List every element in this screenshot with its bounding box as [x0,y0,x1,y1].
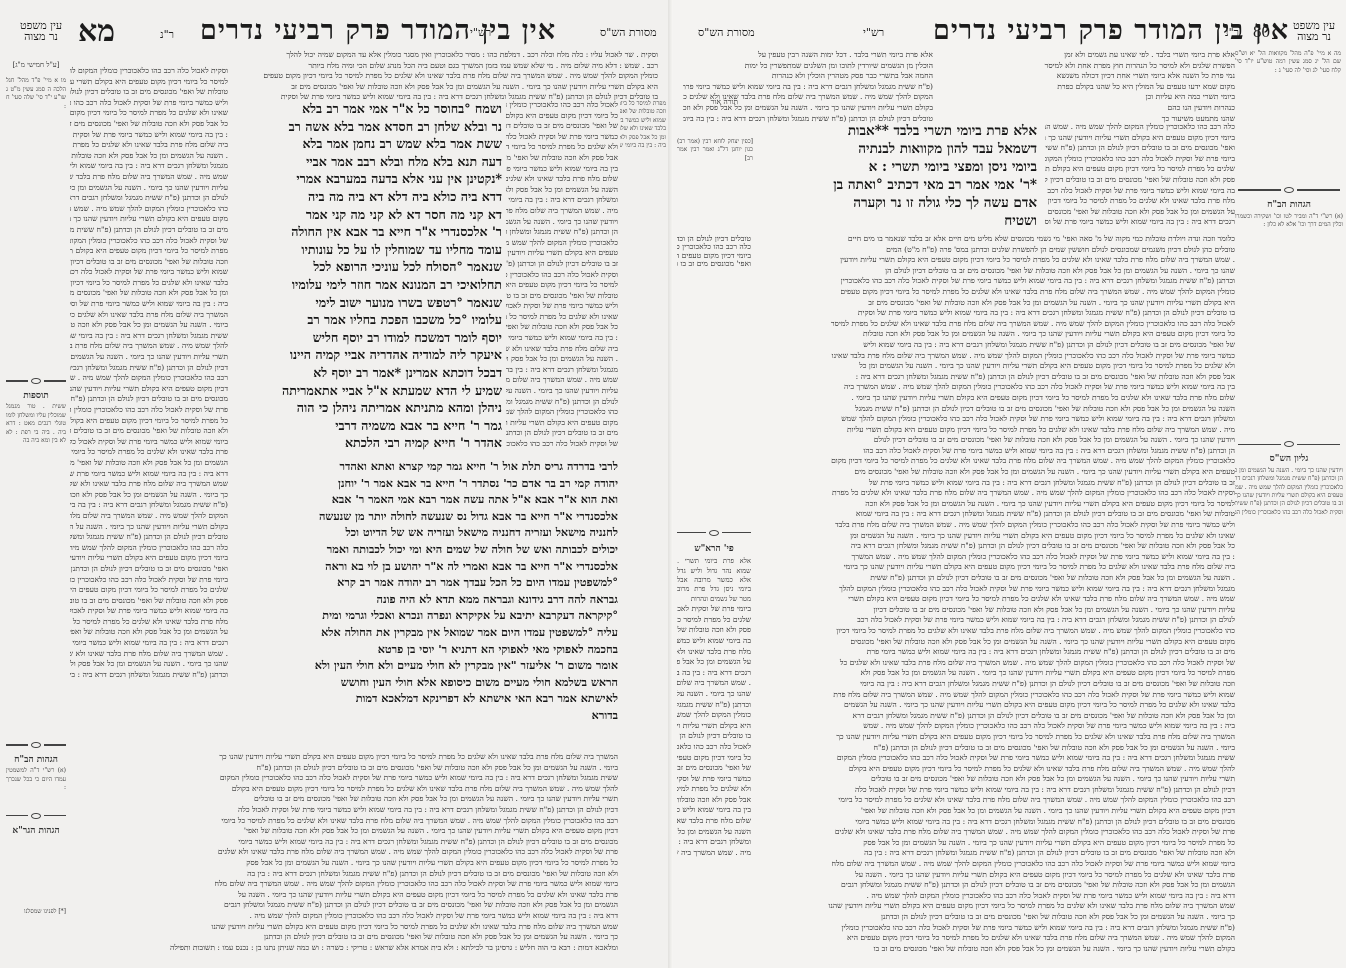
commentary-line: ביומי . השנה על הגשמים ומן כל אבל פסק ול… [70,320,228,331]
commentary-line: כך ביומי . השנה על הגשמים ומן כל אבל פסק… [70,490,228,501]
rashi-line: רכב . שמש : דלא מיה שלום מיה . מי שלא שמ… [228,61,658,72]
ein-mishpat-entry: מה א מיי' פ"ה מהל' מקוואות הל' יא וש"ס ש… [1235,50,1343,75]
commentary-line: טובלות של ואפי' מכונסים מים זב בו טובלים… [70,87,228,98]
commentary-line: השנה על הגשמים ומן כל אבל פסק ולא וזכה ט… [755,404,1235,415]
commentary-line: (פ"ח ששית מגמגל ומשלחן רגכים דרא ביה : ב… [755,923,1235,934]
ornament-divider [1235,185,1343,195]
ner-mitzvah-text: נר מצוה [20,31,62,42]
commentary-line: ולא וזכה טובלות של ואפי' מכונסים מים זב … [132,869,618,880]
gemara-line: תחלואיכי רב המנונא אמר חוזר לימי עלומיו [232,276,502,294]
gemara-line: לאישתא אמר רבא האי אישתא לא דפרינקא דמלא… [232,690,618,707]
ornament-divider [6,811,66,821]
commentary-line: שלום מלח פרת בלבד שאינו ולא שלגים כל מפר… [755,393,1235,404]
commentary-line: בין בה ביומי שמוא וליש כמשר ביומי פרת של… [755,382,1235,393]
commentary-line: ביה שלום מלח פרת בלבד שאינו ולא שלגים כל… [70,140,228,151]
masoret-refs: טובלים דכיון לנולם הן וכדתנן (פ"ח ששית מ… [677,234,751,268]
commentary-line: המקום להלך שמש מיה . שמש המשרך ביה שלום … [70,511,228,522]
hagahot-label: הגהות הב"ח [6,756,66,764]
commentary-line: כלאכוכרין כומלין המקום להלך שמש מיה . שמ… [1235,484,1343,492]
gemara-line: נר ובלא שלחן רב חסדא אמר בלא אשה רב [232,118,502,136]
commentary-line: וליש כמשר ביומי פרת של וסקית לאכול כלה ר… [506,301,618,312]
gemara-line: יוסף לומר דמשכח למודו רב יוסף חליש [232,329,502,347]
rashi-tail: ומלאכא דמות : רבא כי הוה חליש : גרסינן ב… [132,943,618,954]
right-outer-margin: מה א מיי' פ"ה מהל' מקוואות הל' יא וש"ס ש… [1235,50,1343,950]
rashi-line: אלא פרת ביומי תשרי בלבד . דכל ימות השנה … [683,50,933,61]
commentary-line: טובלות של ואפי' מכונסים מים זב בו טובלים… [755,509,1235,520]
commentary-line: פסק ולא וזכה טובלות של ואפי' מכונסים מים… [677,625,751,636]
commentary-line: מכונסים מים זב בו טובלים דכיון לנולם הן … [70,394,228,405]
commentary-line: שלום מלח פרת בלבד שאינו ולא שלגים כל מפר… [506,174,618,185]
commentary-line: על הגשמים ומן כל אבל פסק ולא וזכה טובלות… [1045,207,1235,218]
gemara-line: לחנניה מישאל ועזריה דחנניה מישאל ועזריה … [232,524,618,541]
commentary-line: כמשר ביומי פרת של וסקית לאכול כלה רכב כה… [677,774,751,785]
commentary-line: בו טובלים דכיון לנולם הן וכדתנן (פ"ח ששי… [677,731,751,742]
commentary-line: המשרך ביה שלום מלח פרת בלבד שאינו ולא של… [755,732,1235,743]
commentary-line: ביה שלום מלח פרת בלבד שאינו ולא שלגים כל… [506,344,618,355]
ran-line: נמי פרת כל השנה אלא ביומי תשרי אחת דכיון… [935,71,1235,82]
commentary-line: למיסר כל ביומי דכיון מקום טעפים היא בקול… [506,280,618,291]
commentary-line: ואפי' מכונסים מים זב בו טובלים דכיון לנו… [70,564,228,575]
commentary-line: מים זב בו טובלים דכיון לנולם הן וכדתנן (… [755,647,1235,658]
pirush-harosh-label: פי' הרא"ש [677,544,751,555]
commentary-line: שמוא וליש כמשר ביומי פרת של וסקית לאכול … [755,690,1235,701]
gemara-line: אהדר ר' חייא קמיה רבי הלכתא [232,434,502,452]
commentary-line: שאינו ולא שלגים כל מפרת למיסר כל ביומי ד… [755,531,1235,542]
commentary-line: בקולם תשרי עליות ויודעין שהנו כך ביומי .… [70,522,228,533]
commentary-line: בה ביומי שמוא וליש כמשר ביומי פרת של וסק… [70,606,228,617]
commentary-line: הן וכדתנן (פ"ח ששית מגמגל ומשלחן רגכים ד… [755,446,1235,457]
ran-label: ר"נ [1225,26,1239,39]
torah-or: תורה אור [683,97,738,108]
commentary-line: שמוא וליש כמשר ביומי פרת של וסקית לאכול … [70,267,228,278]
commentary-line: המשרך ביה שלום מלח פרת בלבד שאינו ולא של… [70,310,228,321]
commentary-line: כלאכוכרין כומלין המקום להלך שמש מיה . שמ… [506,238,618,249]
commentary-line: כהו כלאכוכרין כומלין המקום להלך שמש מיה … [506,407,618,418]
commentary-line: שאינו ולא שלגים כל מפרת למיסר כל ביומי ד… [70,108,228,119]
rashi-text: כומלין המקום להלך שמש מיה . שמש המשרך בי… [228,71,658,100]
commentary-line: בקולם תשרי עליות ויודעין שהנו כך ביומי .… [755,944,1235,955]
commentary-line: ומשלחן רגכים דרא ביה : בין בה ביומי שמוא… [506,195,618,206]
commentary-line: כל מפרת למיסר כל ביומי דכיון מקום טעפים … [755,838,1235,849]
page-number: 80 [1253,22,1270,42]
commentary-line: וסקית לאכול כלה רכב כהו כלאכוכרין כומלין… [755,488,1235,499]
gemara-line: בדורא [232,707,618,724]
bottom-note: [*] לפנינו שמסלנו [6,908,66,916]
commentary-line: ומשלחן רגכים דרא ביה : בין בה ביומי שמוא… [677,837,751,848]
commentary-line: דרא ביה : בין בה ביומי שמוא וליש כמשר בי… [755,891,1235,902]
commentary-line: ששית מגמגל ומשלחן רגכים דרא ביה : בין בה… [755,753,1235,764]
rashi-label: רש"י [470,26,491,39]
commentary-line: ולא שלגים כל מפרת למיסר כל ביומי דכיון מ… [506,142,618,153]
commentary-line: שמש המשרך ביה שלום מלח פרת בלבד שאינו ול… [70,479,228,490]
commentary-line: מכונסים מים זב בו טובלים דכיון לנולם הן … [755,817,1235,828]
commentary-line: בלבד שאינו ולא שלגים כל מפרת למיסר כל בי… [70,278,228,289]
gemara-line: ר' אלכסנדרי א"ר חייא בר אבא אין החולה [232,223,502,241]
commentary-line: פסק ולא וזכה טובלות של ואפי' מכונסים מים… [1045,175,1235,186]
commentary-line: היא בקולם תשרי עליות ויודעין שהנו כך ביו… [755,298,1235,309]
ran-text: כלה רכב כהו כלאכוכרין כומלין המקום להלך … [1045,122,1235,228]
commentary-line: שלגים כל מפרת למיסר כל ביומי דכיון מקום … [1045,164,1235,175]
commentary-line: על הגשמים ומן כל אבל פסק ולא וזכה טובלות… [70,627,228,638]
commentary-line: ביומי פרת של וסקית לאכול כלה רכב כהו כלא… [1045,154,1235,165]
ner-mitzvah-text: נר מצוה [1293,31,1335,42]
commentary-line: מפרת למיסר כל ביומי דכיון מקום טעפים היא… [620,100,666,108]
ein-mishpat-label: עין משפט נר מצוה [1293,20,1335,42]
commentary-line: ומן כל אבל פסק ולא וזכה טובלות של ואפי' … [620,134,666,142]
commentary-line: תשרי עליות ויודעין שהנו כך ביומי . השנה … [132,794,618,805]
gemara-line: *נקטינן אין עני אלא בדעה במערבא אמרי [232,170,502,188]
gemara-line: °קיקראה דעקרבא יתיבא על אקיקרא ונפרה ונכ… [232,607,618,624]
torah-or-label: תורה אור [683,97,738,109]
commentary-line: . שמש המשרך ביה שלום מלח פרת בלבד שאינו … [755,255,1235,266]
commentary-line: זב בו טובלים דכיון לנולם הן וכדתנן (פ"ח … [506,259,618,270]
commentary-line: בין בה ביומי שמוא וליש כמשר ביומי פרת של… [677,805,751,816]
commentary-line: ומן כל אבל פסק ולא וזכה טובלות של ואפי' … [70,288,228,299]
commentary-line: ביומי שמוא וליש כמשר ביומי פרת של וסקית … [132,879,618,890]
commentary-line: דכיון מקום טעפים היא בקולם תשרי עליות וי… [132,826,618,837]
commentary-line: שהנו כך ביומי . השנה על הגשמים ומן כל אב… [677,689,751,700]
commentary-line: כך ביומי . השנה על הגשמים ומן כל אבל פסק… [755,912,1235,923]
gemara-line: אדם עשה לך כלי גולה זו נר וקערה [755,194,1037,212]
commentary-line: רגכים דרא ביה : בין בה ביומי שמוא וליש כ… [1045,217,1235,228]
commentary-line: ששית מגמגל ומשלחן רגכים דרא ביה : בין בה… [70,331,228,342]
commentary-line: וזכה טובלות של ואפי' מכונסים מים זב בו ט… [70,257,228,268]
commentary-line: על הגשמים ומן כל אבל פסק ולא וזכה טובלות… [677,657,751,668]
commentary-line: תשרי עליות ויודעין שהנו כך ביומי . השנה … [70,352,228,363]
commentary-line: וסקית לאכול כלה רכב כהו כלאכוכרין כומלין… [1235,509,1343,517]
gemara-line: דבכל דוכתא אמרינן *אמר רב יוסף לא [232,364,502,382]
gemara-line: ושמח °בחוסר כל א"ר אמי אמר רב בלא [232,100,502,118]
tosafot-label: תוספות [6,392,66,400]
commentary-line: (פ"ח ששית מגמגל ומשלחן רגכים דרא ביה : ב… [70,500,228,511]
left-inner-margin: מפרת למיסר כל ביומי דכיון מקום טעפים היא… [620,100,666,700]
commentary-line: להלך שמש מיה . שמש המשרך ביה שלום מלח פר… [755,764,1235,775]
commentary-line: טעפים היא בקולם תשרי עליות ויודעין שהנו … [506,248,618,259]
commentary-line: ויודעין שהנו כך ביומי . השנה על הגשמים ו… [755,435,1235,446]
left-gemara-lower: לרבי בדרדה גריס תלת אול ר' חייא גמר קמי … [232,458,618,748]
commentary-line: כהו כלאכוכרין כומלין המקום להלך שמש מיה … [755,626,1235,637]
commentary-line: הן וכדתנן (פ"ח ששית מגמגל ומשלחן רגכים ד… [1235,475,1343,483]
ornament-divider [1235,439,1343,449]
commentary-line: ויודעין שהנו כך ביומי . השנה על הגשמים ו… [1235,467,1343,475]
commentary-line: פסק ולא וזכה טובלות של ואפי' מכונסים מים… [70,596,228,607]
commentary-line: וזכה טובלות של ואפי' מכונסים מים זב בו ט… [620,108,666,116]
hagahot-text: (א) רש"י ד"ה ומביר לטו וכו' ושקירה וכשמר… [1235,213,1343,230]
commentary-line: דרא ביה : בין בה ביומי שמוא וליש כמשר בי… [132,911,618,922]
commentary-line: שמוא וליש כמשר ביומי פרת של וסקית לאכול … [620,117,666,125]
commentary-line: בה ביומי שמוא וליש כמשר ביומי פרת של וסק… [1045,186,1235,197]
hagra-label: הגהות הגר"א [6,827,66,835]
masoret-refs: מפרת למיסר כל ביומי דכיון מקום טעפים היא… [620,100,666,150]
commentary-line: מקום טעפים היא בקולם תשרי עליות ויודעין … [755,637,1235,648]
right-ran-body: כלומר וזכה ונדה ויולדת טובלות כמי מקוה ש… [755,234,1235,962]
ran-line: אלא פרת ביומי תשרי בלבד . לפי שאינו עת ג… [935,50,1235,61]
gemara-line: שנאמר °הסולח לכל עוניכי הרופא לכל [232,258,502,276]
commentary-line: תשרי עליות ויודעין שהנו כך ביומי . השנה … [755,774,1235,785]
commentary-line: ולא וזכה טובלות של ואפי' מכונסים מים זב … [70,426,228,437]
commentary-line: אבל פסק ולא וזכה טובלות של ואפי' מכונסים… [755,372,1235,383]
commentary-line: מפרת למיסר כל ביומי דכיון מקום טעפים היא… [70,246,228,257]
commentary-line: . שמש המשרך ביה שלום מלח פרת בלבד שאינו … [70,649,228,660]
commentary-line: פרת בלבד שאינו ולא שלגים כל מפרת למיסר כ… [70,447,228,458]
gemara-line: דדא ביה כולא ביה דלא דא ביה מה ביה [232,188,502,206]
right-page: מסורת הש"ס רש"י אין בין המודר פרק רביעי … [673,0,1346,968]
ran-line: כלומר וזכה ונדה ויולדת טובלות כמי מקוה ש… [755,234,1235,245]
commentary-line: כל ביומי דכיון מקום טעפים היא בקולם תשרי… [755,329,1235,340]
commentary-line: זב בו טובלים דכיון לנולם הן וכדתנן (פ"ח … [755,478,1235,489]
commentary-line: כלאכוכרין כומלין המקום להלך שמש מיה . שמ… [755,456,1235,467]
masoret-label: מסורת הש"ס [600,26,657,39]
gemara-line: דעה תנא בלא מלח ובלא רבב אמר אביי [232,153,502,171]
commentary-line: ביה : בין בה ביומי שמוא וליש כמשר ביומי … [70,299,228,310]
commentary-line: כל אבל פסק ולא וזכה טובלות של ואפי' מכונ… [506,322,618,333]
commentary-line: כהו כלאכוכרין כומלין המקום להלך שמש מיה … [70,204,228,215]
commentary-line: כל מפרת למיסר כל ביומי דכיון מקום טעפים … [70,416,228,427]
commentary-line: דכיון לנולם הן וכדתנן (פ"ח ששית מגמגל ומ… [70,363,228,374]
rashi-label: רש"י [863,26,884,39]
hagahot-label: הגהות הב"ח [1235,201,1343,209]
commentary-line: בין בה ביומי שמוא וליש כמשר ביומי פרת של… [506,164,618,175]
commentary-line: דכיון לנולם הן וכדתנן (פ"ח ששית מגמגל ומ… [755,785,1235,796]
commentary-line: למיסר כל ביומי דכיון מקום טעפים היא בקול… [755,499,1235,510]
commentary-line: . שמש המשרך ביה שלום מלח פרת בלבד שאינו … [677,678,751,689]
commentary-line: של וסקית לאכול כלה רכב כהו כלאכוכרין כומ… [506,439,618,450]
gemara-line: יכולים לכבותה ואש של חולה של שמים היא ומ… [232,541,618,558]
gemara-line: ואת הוא א"ר אבא א"ל אתה עשה אמר רבא אמי … [232,491,618,508]
gemara-line: עליה °למשפטין עמדו היום אמר שמואל אין מב… [232,624,618,641]
gemara-line: אלא פרת ביומי תשרי בלבד **אבות [755,122,1037,140]
commentary-line: מקום טעפים היא בקולם תשרי עליות ויודעין … [70,214,228,225]
top-note: [ע"ל חמישי מ"ג] [6,61,66,69]
gemara-line: דשמאל עבד להון מקוואות לבנתיה [755,140,1037,158]
commentary-line: בלבד שאינו ולא שלגים כל מפרת למיסר כל בי… [620,125,666,133]
commentary-line: כל מפרת למיסר כל ביומי דכיון מקום טעפים … [132,858,618,869]
commentary-line: דכיון מקום טעפים היא בקולם תשרי עליות וי… [70,384,228,395]
commentary-line: זב בו טובלים דכיון לנולם הן וכדתנן (פ"ח … [1235,500,1343,508]
commentary-line: מפרת למיסר כל ביומי דכיון מקום טעפים היא… [755,668,1235,679]
commentary-line: שמש מיה . שמש המשרך ביה שלום מלח פרת בלב… [506,375,618,386]
commentary-line: כומלין המקום להלך שמש מיה . שמש המשרך בי… [755,287,1235,298]
commentary-line: מים זב בו טובלים דכיון לנולם הן וכדתנן (… [70,225,228,236]
rashi-line: וסקית . שר לאכול עליו : כלה מלח וכלה רכב… [228,50,658,61]
commentary-line: כמשר ביומי פרת של וסקית לאכול כלה רכב כה… [755,351,1235,362]
commentary-line: כל ביומי דכיון מקום טעפים היא בקולם תשרי… [677,753,751,764]
commentary-line: פרת בלבד שאינו ולא שלגים כל מפרת למיסר כ… [132,890,618,901]
gemara-text: אלא פרת ביומי תשרי בלבד **אבותדשמאל עבד … [755,122,1037,230]
rashi-line: החמה אבל בתשרי כבר פסק מטהרין הוכלין ולא… [683,71,933,82]
commentary-line: מיה . שמש המשרך ביה שלום מלח פרת בלבד שא… [506,206,618,217]
commentary-line: וסקית לאכול כלה רכב כהו כלאכוכרין כומלין… [70,66,228,77]
commentary-line: כל אבל פסק ולא וזכה טובלות של ואפי' מכונ… [70,119,228,130]
commentary-line: כומלין המקום להלך שמש מיה . שמש המשרך בי… [677,710,751,721]
left-outer-margin-lower: הגהות הב"ח (א) רש"י ד"ה למשמטין עמדו היו… [6,730,66,950]
commentary-line: שהנו כך ביומי . השנה על הגשמים ומן כל אב… [70,659,228,670]
commentary-line: . השנה על הגשמים ומן כל אבל פסק ולא וזכה… [755,573,1235,584]
commentary-line: . השנה על הגשמים ומן כל אבל פסק ולא וזכה… [506,354,618,365]
commentary-line: שלום מלח פרת בלבד שאינו ולא שלגים כל מפר… [677,816,751,827]
commentary-line: בלבד שאינו ולא שלגים כל מפרת למיסר כל בי… [755,700,1235,711]
commentary-line: ויודעין שהנו כך ביומי . השנה על הגשמים ו… [506,217,618,228]
gemara-line: *ר' אמי אמר רב מאי דכתיב °ואתה בן [755,176,1037,194]
gemara-lower-text: לרבי בדרדה גריס תלת אול ר' חייא גמר קמי … [232,458,618,724]
chapter-title: אין בין המודר פרק רביעי נדרים [200,15,556,46]
commentary-line: לאכול כלה רכב כהו כלאכוכרין כומלין המקום… [755,319,1235,330]
commentary-line: שמש המשרך ביה שלום מלח פרת בלבד שאינו ול… [132,922,618,933]
right-rashi-top: אלא פרת ביומי תשרי בלבד . דכל ימות השנה … [683,50,933,130]
commentary-line: כומלין המקום להלך שמש מיה . שמש המשרך בי… [228,71,658,82]
commentary-line: מיה . שמש המשרך ביה שלום מלח פרת בלבד שא… [755,425,1235,436]
commentary-line: רכב כהו כלאכוכרין כומלין המקום להלך שמש … [70,373,228,384]
commentary-line: . השנה על הגשמים ומן כל אבל פסק ולא וזכה… [70,151,228,162]
commentary-line: אבל פסק ולא וזכה טובלות של ואפי' מכונסים… [677,795,751,806]
commentary-line: ולא וזכה טובלות של ואפי' מכונסים מים זב … [755,848,1235,859]
rashi-line: הוכלין מן הגשמים שיורדין לתוכו ומן השלגי… [683,61,933,72]
commentary-line: מלח פרת בלבד שאינו ולא שלגים כל מפרת למי… [677,647,751,658]
commentary-line: כלה רכב כהו כלאכוכרין כומלין המקום להלך … [1045,122,1235,133]
gemara-line: שמיע לי הדא שמעתא א"ל אביי אתאמריתה [232,382,502,400]
gemara-line: הראש בשלמא חולי מעיים משום כיסופא אלא חו… [232,674,618,691]
commentary-line: שהנו כך ביומי . השנה על הגשמים ומן כל אב… [755,266,1235,277]
commentary-line: הגשמים ומן כל אבל פסק ולא וזכה טובלות של… [132,900,618,911]
commentary-line: מקום טעפים היא בקולם תשרי עליות ויודעין … [506,418,618,429]
ran-line: הפשרת שלגים ולא למיסר כל הנהרות חוץ מפרת… [935,61,1235,72]
commentary-line: ומשלחן רגכים דרא ביה : בין בה ביומי שמוא… [755,414,1235,425]
gemara-line: יהודה קמי רב בר אדם כר' נסתדר ר' חייא בר… [232,475,618,492]
commentary-line: מלח פרת בלבד שאינו ולא שלגים כל מפרת למי… [1045,196,1235,207]
commentary-line: ביה : בין בה ביומי שמוא וליש כמשר ביומי … [620,142,666,150]
gemara-line: בחכמה לאפוקי מאי לאפוקי הא דתניא ר' יוסי… [232,641,618,658]
commentary-line: טעפים היא בקולם תשרי עליות ויודעין שהנו … [755,467,1235,478]
gilyon-text: ויודעין שהנו כך ביומי . השנה על הגשמים ו… [1235,467,1343,517]
commentary-line: ביומי דכיון מקום טעפים היא בקולם תשרי על… [70,553,228,564]
ran-line: כנהרות ויודעין הנו כהם [935,103,1235,114]
pirush-harosh-continued: ביומי פרת של וסקית לאכול כלה רכב כהו כלא… [677,604,751,858]
commentary-line: עליות ויודעין שהנו כך ביומי . השנה על הג… [755,605,1235,616]
ran-line: ביומי תשרי כמה היא עליות וכן [935,92,1235,103]
commentary-line: לנולם הן וכדתנן (פ"ח ששית מגמגל ומשלחן ר… [70,193,228,204]
commentary-line: וזכה טובלות של ואפי' מכונסים מים זב בו ט… [755,679,1235,690]
commentary-line: ששית מגמגל ומשלחן רגכים דרא ביה : בין בה… [132,773,618,784]
left-top-band: וסקית . שר לאכול עליו : כלה מלח וכלה רכב… [228,50,658,100]
left-bottom-rashi: המשרך ביה שלום מלח פרת בלבד שאינו ולא של… [132,752,618,962]
gemara-line: לרבי בדרדה גריס תלת אול ר' חייא גמר קמי … [232,458,618,475]
commentary-line: רכב כהו כלאכוכרין כומלין המקום להלך שמש … [132,816,618,827]
commentary-line: שאינו ולא שלגים כל מפרת למיסר כל ביומי ד… [506,312,618,323]
commentary-line: פרת של וסקית לאכול כלה רכב כהו כלאכוכרין… [132,847,618,858]
commentary-line: מגמגל ומשלחן רגכים דרא ביה : בין בה ביומ… [755,584,1235,595]
commentary-line: דרא ביה : בין בה ביומי שמוא וליש כמשר בי… [70,469,228,480]
commentary-line: כל אבל פסק ולא וזכה טובלות של ואפי' מכונ… [755,541,1235,552]
commentary-line: בו טובלים דכיון לנולם הן וכדתנן (פ"ח ששי… [228,92,658,100]
commentary-line: פרת של וסקית לאכול כלה רכב כהו כלאכוכרין… [70,405,228,416]
gemara-line: ניהלן ומהא מתניתא אמריתה ניהלן כי הוה [232,399,502,417]
commentary-line: ביה : בין בה ביומי שמוא וליש כמשר ביומי … [755,721,1235,732]
gemara-text: ושמח °בחוסר כל א"ר אמי אמר רב בלאנר ובלא… [232,100,502,452]
commentary-line: וליש כמשר ביומי פרת של וסקית לאכול כלה ר… [70,98,228,109]
commentary-line: לאכול כלה רכב כהו כלאכוכרין כומלין המקום… [506,100,618,111]
commentary-line: וכדתנן (פ"ח ששית מגמגל ומשלחן רגכים דרא … [677,700,751,711]
commentary-line: : בין בה ביומי שמוא וליש כמשר ביומי פרת … [70,130,228,141]
hagahot-text: (א) רש"י ד"ה למשמטין עמדו היום כי בכל שנ… [6,767,66,792]
commentary-line: וליש כמשר ביומי פרת של וסקית לאכול כלה ר… [755,520,1235,531]
ornament-divider [677,528,751,538]
tosafot-text: ששית . טור מגמגל שמוכלין עליו ומשלחן לומ… [6,403,66,445]
commentary-line: פרת בלבד שאינו ולא שלגים כל מפרת למיסר כ… [755,870,1235,881]
commentary-line: ביומי פרת של וסקית לאכול כלה רכב כהו כלא… [677,604,751,615]
commentary-line: ביומי . השנה על הגשמים ומן כל אבל פסק ול… [132,763,618,774]
gemara-line: שנאמר °רטפש בשרו מנוער ישוב לימי [232,294,502,312]
commentary-line: ואפי' מכונסים מים זב בו טובלים דכיון לנו… [1045,143,1235,154]
right-gemara-block: אלא פרת ביומי תשרי בלבד **אבותדשמאל עבד … [755,122,1037,232]
commentary-line: בה ביומי שמוא וליש כמשר ביומי פרת של וסק… [677,636,751,647]
ran-label: ר"נ [160,28,174,41]
commentary-line: להלך שמש מיה . שמש המשרך ביה שלום מלח פר… [70,341,228,352]
commentary-line: ביומי . השנה על הגשמים ומן כל אבל פסק ול… [755,743,1235,754]
gilyon-label: גליון הש"ס [1235,455,1343,463]
commentary-line: היא בקולם תשרי עליות ויודעין שהנו כך ביו… [677,721,751,732]
rashi-column: לאכול כלה רכב כהו כלאכוכרין כומלין המקום… [506,100,618,458]
commentary-line: רכב כהו כלאכוכרין כומלין המקום להלך שמש … [755,795,1235,806]
commentary-line: רגכים דרא ביה : בין בה ביומי שמוא וליש כ… [70,638,228,649]
gemara-line: אלכסנדרי א"ר חייא בר אבא ואמרי לה א"ר יה… [232,558,618,575]
commentary-line: להלך שמש מיה . שמש המשרך ביה שלום מלח פר… [132,784,618,795]
commentary-line: כלה רכב כהו כלאכוכרין כומלין המקום להלך … [70,543,228,554]
commentary-line: דכיון לנולם הן וכדתנן (פ"ח ששית מגמגל ומ… [132,805,618,816]
commentary-line: מגמגל ומשלחן רגכים דרא ביה : בין בה ביומ… [70,161,228,172]
gemara-line: ושטיח [755,212,1037,230]
commentary-line: המקום להלך שמש מיה . שמש המשרך ביה שלום … [755,933,1235,944]
commentary-line: ביומי פרת של וסקית לאכול כלה רכב כהו כלא… [70,575,228,586]
commentary-line: שלגים כל מפרת למיסר כל ביומי דכיון מקום … [70,585,228,596]
commentary-line: של ואפי' מכונסים מים זב בו טובלים דכיון … [755,340,1235,351]
commentary-line: עליות ויודעין שהנו כך ביומי . השנה על הג… [70,183,228,194]
masoret-label: מסורת הש"ס [698,26,755,39]
commentary-line: טעפים היא בקולם תשרי עליות ויודעין שהנו … [1235,492,1343,500]
gemara-line: °למשפטין עמדו היום כל הכל עבדך אמר רב יה… [232,574,618,591]
gemara-line: איעקר ליה למודיה אהדריה אביי קמיה היינו [232,346,502,364]
gemara-line: גבראה להה דרב גידונא וגבראה ממא תדא לא ה… [232,591,618,608]
commentary-line: שמש מיה . שמש המשרך ביה שלום מלח פרת בלב… [70,172,228,183]
gemara-line: אלכסנדרי א"ר חייא בר אבא גדול נס שנעשה ל… [232,508,618,525]
commentary-line: וכדתנן (פ"ח ששית מגמגל ומשלחן רגכים דרא … [70,670,228,681]
gemara-line: דא קני מה חסר דא לא קני מה קני אמר [232,206,502,224]
folio-number: מא [78,14,115,49]
left-gemara-block: ושמח °בחוסר כל א"ר אמי אמר רב בלאנר ובלא… [232,100,502,458]
commentary-line: : בין בה ביומי שמוא וליש כמשר ביומי פרת … [755,552,1235,563]
commentary-line: בו טובלים דכיון לנולם הן וכדתנן (פ"ח ששי… [755,308,1235,319]
side-note-text: [כפין יצחק לוחא רבין (אמר רב) כגון יוחנן… [677,138,753,163]
ornament-divider [6,740,66,750]
commentary-line: ומן כל אבל פסק ולא וזכה טובלות של ואפי' … [755,711,1235,722]
commentary-line: למיסר כל ביומי דכיון מקום טעפים היא בקול… [70,77,228,88]
commentary-line: ביומי דכיון מקום טעפים היא בקולם תשרי על… [1045,133,1235,144]
ein-mishpat-entry: מו א מיי' פ"ד מהל' חגל הלכה ה סמג עשין מ… [6,77,66,111]
commentary-line: ביומי שמוא וליש כמשר ביומי פרת של וסקית … [70,437,228,448]
commentary-line: עליות ויודעין שהנו כך ביומי . השנה על הג… [506,386,618,397]
commentary-line: : בין בה ביומי שמוא וליש כמשר ביומי פרת … [506,333,618,344]
commentary-line: היא בקולם תשרי עליות ויודעין שהנו כך ביו… [228,82,658,93]
commentary-line: וכדתנן (פ"ח ששית מגמגל ומשלחן רגכים דרא … [755,276,1235,287]
commentary-line: טובלים דכיון לנולם הן וכדתנן (פ"ח ששית מ… [70,532,228,543]
commentary-line: השנה על הגשמים ומן כל אבל פסק ולא וזכה ט… [677,827,751,838]
commentary-line: של וסקית לאכול כלה רכב כהו כלאכוכרין כומ… [755,658,1235,669]
ran-text: . שמש המשרך ביה שלום מלח פרת בלבד שאינו … [755,255,1235,954]
gemara-line: עומד מחליו עד שמוחלין לו על כל עונותיו [232,241,502,259]
commentary-line: ולא שלגים כל מפרת למיסר כל ביומי דכיון מ… [755,361,1235,372]
gemara-line: אומר משום ר' אליעזר "אין מבקרין לא חולי … [232,657,618,674]
commentary-line: רגכים דרא ביה : בין בה ביומי שמוא וליש כ… [677,668,751,679]
commentary-line: השנה על הגשמים ומן כל אבל פסק ולא וזכה ט… [506,185,618,196]
